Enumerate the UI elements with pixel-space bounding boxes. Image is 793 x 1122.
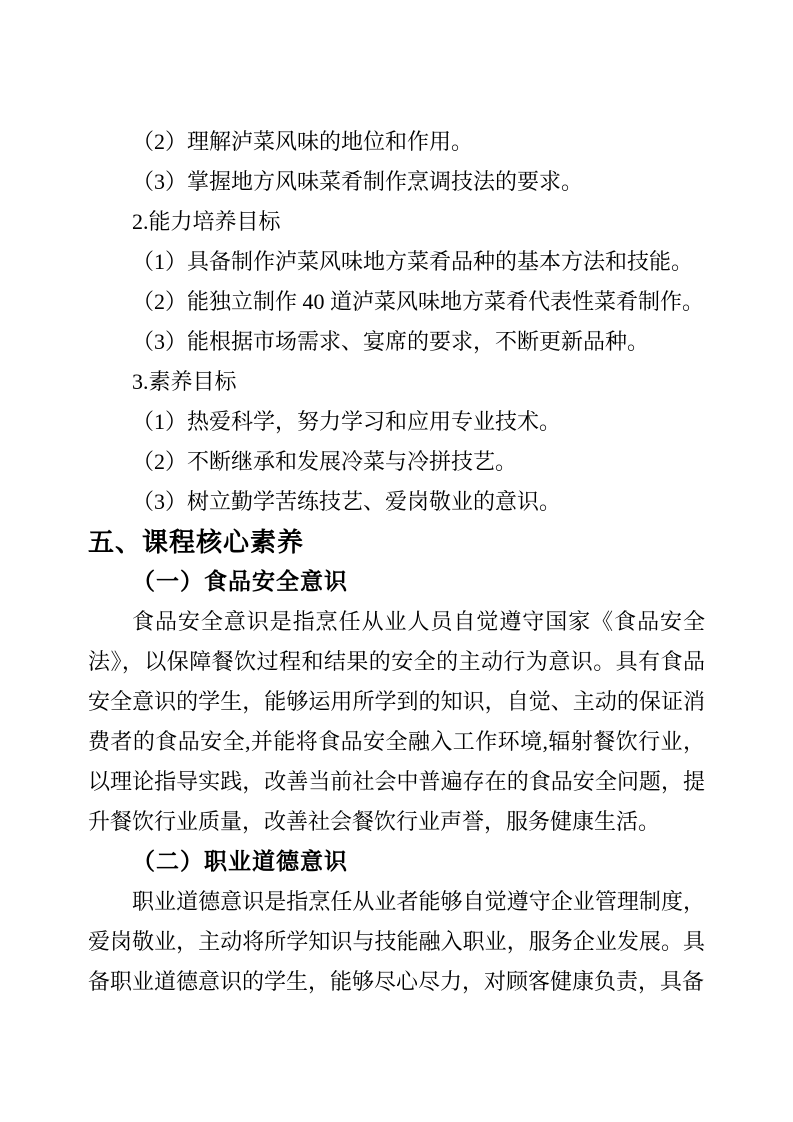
list-item: 3.素养目标 bbox=[88, 362, 705, 402]
document-content: （2）理解泸菜风味的地位和作用。 （3）掌握地方风味菜肴制作烹调技法的要求。 2… bbox=[88, 122, 705, 1002]
list-item: （2）不断继承和发展冷菜与冷拼技艺。 bbox=[88, 442, 705, 482]
list-item: （2）能独立制作 40 道泸菜风味地方菜肴代表性菜肴制作。 bbox=[88, 282, 705, 322]
subsection-heading: （一）食品安全意识 bbox=[88, 562, 705, 602]
document-page: （2）理解泸菜风味的地位和作用。 （3）掌握地方风味菜肴制作烹调技法的要求。 2… bbox=[0, 0, 793, 1122]
list-item: （3）能根据市场需求、宴席的要求，不断更新品种。 bbox=[88, 322, 705, 362]
subsection-heading: （二）职业道德意识 bbox=[88, 842, 705, 882]
list-item: 2.能力培养目标 bbox=[88, 202, 705, 242]
body-paragraph: 食品安全意识是指烹任从业人员自觉遵守国家《食品安全法》，以保障餐饮过程和结果的安… bbox=[88, 602, 705, 842]
list-item: （1）热爱科学，努力学习和应用专业技术。 bbox=[88, 402, 705, 442]
list-item: （3）掌握地方风味菜肴制作烹调技法的要求。 bbox=[88, 162, 705, 202]
body-paragraph: 职业道德意识是指烹任从业者能够自觉遵守企业管理制度，爱岗敬业，主动将所学知识与技… bbox=[88, 882, 705, 1002]
list-item: （3）树立勤学苦练技艺、爱岗敬业的意识。 bbox=[88, 482, 705, 522]
list-item: （1）具备制作泸菜风味地方菜肴品种的基本方法和技能。 bbox=[88, 242, 705, 282]
section-heading: 五、课程核心素养 bbox=[88, 522, 705, 562]
list-item: （2）理解泸菜风味的地位和作用。 bbox=[88, 122, 705, 162]
